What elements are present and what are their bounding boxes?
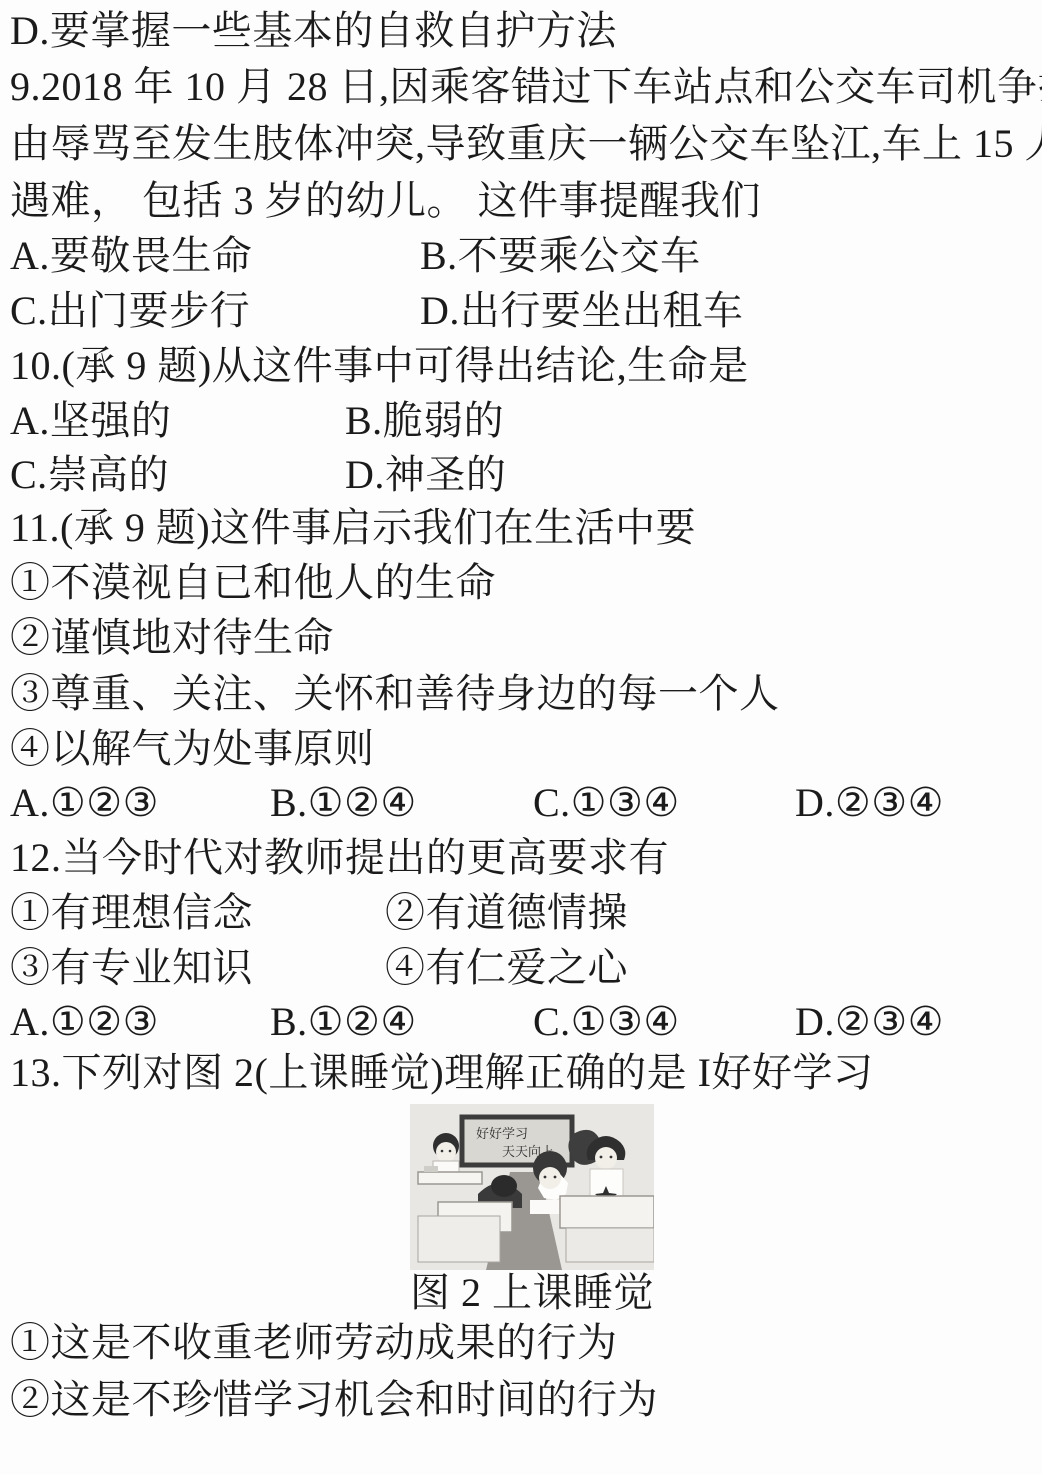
question-11-item-3: ③尊重、关注、关怀和善待身边的每一个人 bbox=[10, 669, 780, 719]
question-11-option-c: C.①③④ bbox=[533, 778, 680, 828]
question-12-item-2: ②有道德情操 bbox=[385, 888, 628, 938]
question-12-option-c: C.①③④ bbox=[533, 997, 680, 1047]
figure-2-classroom-cartoon: 好好学习 天天向上 bbox=[410, 1104, 654, 1270]
question-12-option-b: B.①②④ bbox=[270, 997, 417, 1047]
question-11-option-b: B.①②④ bbox=[270, 778, 417, 828]
question-12-option-d: D.②③④ bbox=[795, 997, 944, 1047]
question-9-option-c: C.出门要步行 bbox=[10, 286, 250, 336]
question-11-option-a: A.①②③ bbox=[10, 778, 159, 828]
question-9-stem-line3: 遇难， 包括 3 岁的幼儿。 这件事提醒我们 bbox=[10, 176, 761, 226]
question-11-stem: 11.(承 9 题)这件事启示我们在生活中要 bbox=[10, 503, 696, 553]
question-9-stem-line2: 由辱骂至发生肢体冲突,导致重庆一辆公交车坠江,车上 15 人 bbox=[10, 119, 1042, 169]
right-desk bbox=[560, 1196, 654, 1262]
question-12-stem: 12.当今时代对教师提出的更高要求有 bbox=[10, 833, 669, 883]
question-11-option-d: D.②③④ bbox=[795, 778, 944, 828]
question-11-item-2: ②谨慎地对待生命 bbox=[10, 613, 334, 663]
question-12-item-3: ③有专业知识 bbox=[10, 943, 253, 993]
question-10-option-a: A.坚强的 bbox=[10, 396, 171, 446]
question-9-stem-line1: 9.2018 年 10 月 28 日,因乘客错过下车站点和公交车司机争执, bbox=[10, 62, 1042, 112]
question-10-option-b: B.脆弱的 bbox=[345, 396, 504, 446]
question-11-item-4: ④以解气为处事原则 bbox=[10, 724, 375, 774]
question-10-stem: 10.(承 9 题)从这件事中可得出结论,生命是 bbox=[10, 341, 749, 391]
question-11-item-1: ①不漠视自已和他人的生命 bbox=[10, 558, 496, 608]
blackboard-text-line1: 好好学习 bbox=[476, 1126, 528, 1141]
figure-2-caption: 图 2 上课睡觉 bbox=[410, 1268, 654, 1318]
exam-page: D.要掌握一些基本的自救自护方法 9.2018 年 10 月 28 日,因乘客错… bbox=[0, 0, 1042, 1474]
question-13-item-1: ①这是不收重老师劳动成果的行为 bbox=[10, 1318, 618, 1368]
question-8-option-d: D.要掌握一些基本的自救自护方法 bbox=[10, 6, 617, 56]
question-13-item-2: ②这是不珍惜学习机会和时间的行为 bbox=[10, 1375, 658, 1425]
question-12-item-1: ①有理想信念 bbox=[10, 888, 253, 938]
question-10-option-d: D.神圣的 bbox=[345, 450, 506, 500]
question-12-item-4: ④有仁爱之心 bbox=[385, 943, 628, 993]
question-13-stem: 13.下列对图 2(上课睡觉)理解正确的是 I好好学习 bbox=[10, 1048, 873, 1098]
question-10-option-c: C.崇高的 bbox=[10, 450, 169, 500]
question-9-option-d: D.出行要坐出租车 bbox=[420, 286, 743, 336]
question-12-option-a: A.①②③ bbox=[10, 997, 159, 1047]
question-9-option-a: A.要敬畏生命 bbox=[10, 231, 252, 281]
question-9-option-b: B.不要乘公交车 bbox=[420, 231, 701, 281]
